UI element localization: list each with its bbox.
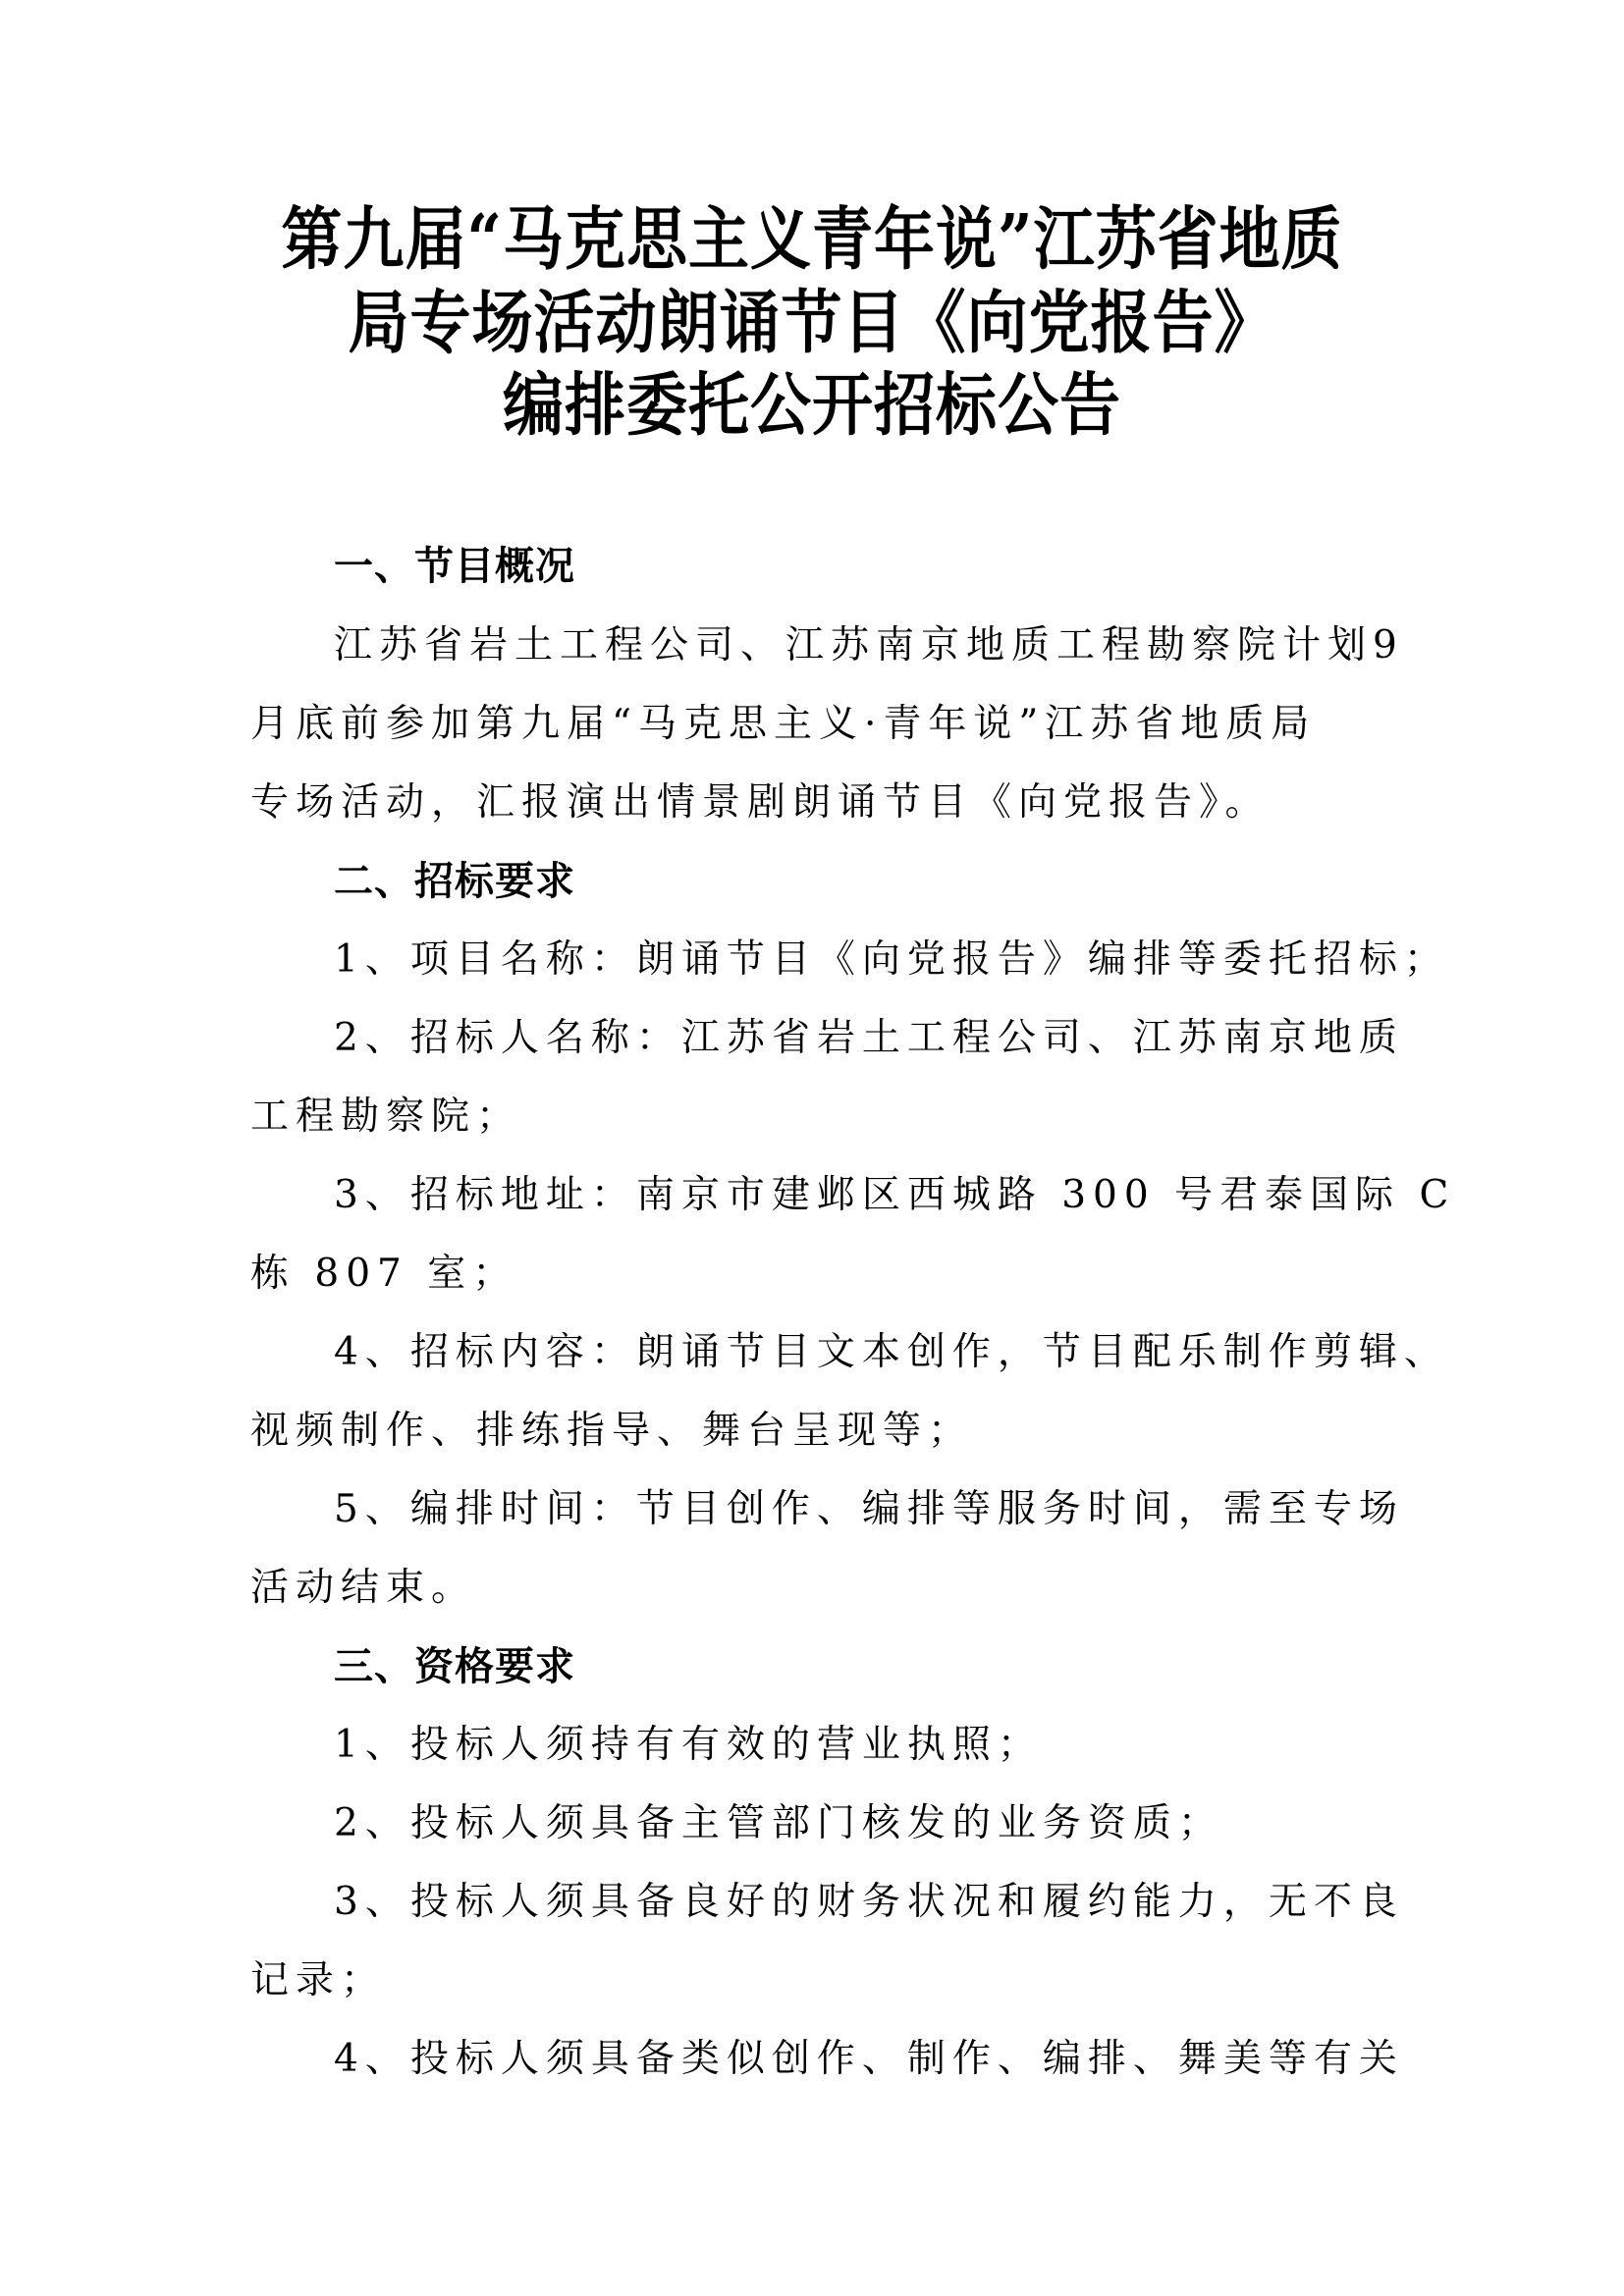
list-item-address: 3、招标地址：南京市建邺区西城路 300 号君泰国际 C — [334, 1172, 1483, 1219]
document-title-line-2: 局专场活动朗诵节目《向党报告》 — [0, 287, 1624, 359]
paragraph-line: 江苏省岩土工程公司、江苏南京地质工程勘察院计划9 — [334, 622, 1483, 669]
list-item-schedule: 5、编排时间：节目创作、编排等服务时间，需至专场 — [334, 1486, 1483, 1533]
list-item-qualification: 2、投标人须具备主管部门核发的业务资质； — [334, 1800, 1483, 1847]
list-item-financial-cont: 记录； — [250, 1957, 1399, 2004]
list-item-project-name: 1、项目名称：朗诵节目《向党报告》编排等委托招标； — [334, 936, 1483, 984]
list-item-business-license: 1、投标人须持有有效的营业执照； — [334, 1722, 1483, 1769]
list-item-financial: 3、投标人须具备良好的财务状况和履约能力，无不良 — [334, 1879, 1483, 1926]
section-heading-bid-requirements: 二、招标要求 — [334, 858, 1483, 905]
section-heading-qualifications: 三、资格要求 — [334, 1643, 1483, 1690]
document-page: 第九届“马克思主义青年说”江苏省地质 局专场活动朗诵节目《向党报告》 编排委托公… — [0, 0, 1624, 2296]
list-item-bidder-name-cont: 工程勘察院； — [250, 1094, 1399, 1141]
paragraph-line: 专场活动，汇报演出情景剧朗诵节目《向党报告》。 — [250, 779, 1399, 827]
paragraph-line: 月底前参加第九届“马克思主义·青年说”江苏省地质局 — [250, 701, 1399, 748]
list-item-schedule-cont: 活动结束。 — [250, 1565, 1399, 1612]
document-title-line-3: 编排委托公开招标公告 — [0, 369, 1624, 442]
list-item-bidder-name: 2、招标人名称：江苏省岩土工程公司、江苏南京地质 — [334, 1015, 1483, 1062]
section-heading-overview: 一、节目概况 — [334, 543, 1483, 590]
list-item-experience: 4、投标人须具备类似创作、制作、编排、舞美等有关 — [334, 2036, 1483, 2083]
list-item-address-cont: 栋 807 室； — [250, 1251, 1399, 1298]
list-item-content-cont: 视频制作、排练指导、舞台呈现等； — [250, 1408, 1399, 1455]
document-title-line-1: 第九届“马克思主义青年说”江苏省地质 — [0, 203, 1624, 276]
list-item-content: 4、招标内容：朗诵节目文本创作，节目配乐制作剪辑、 — [334, 1329, 1483, 1376]
